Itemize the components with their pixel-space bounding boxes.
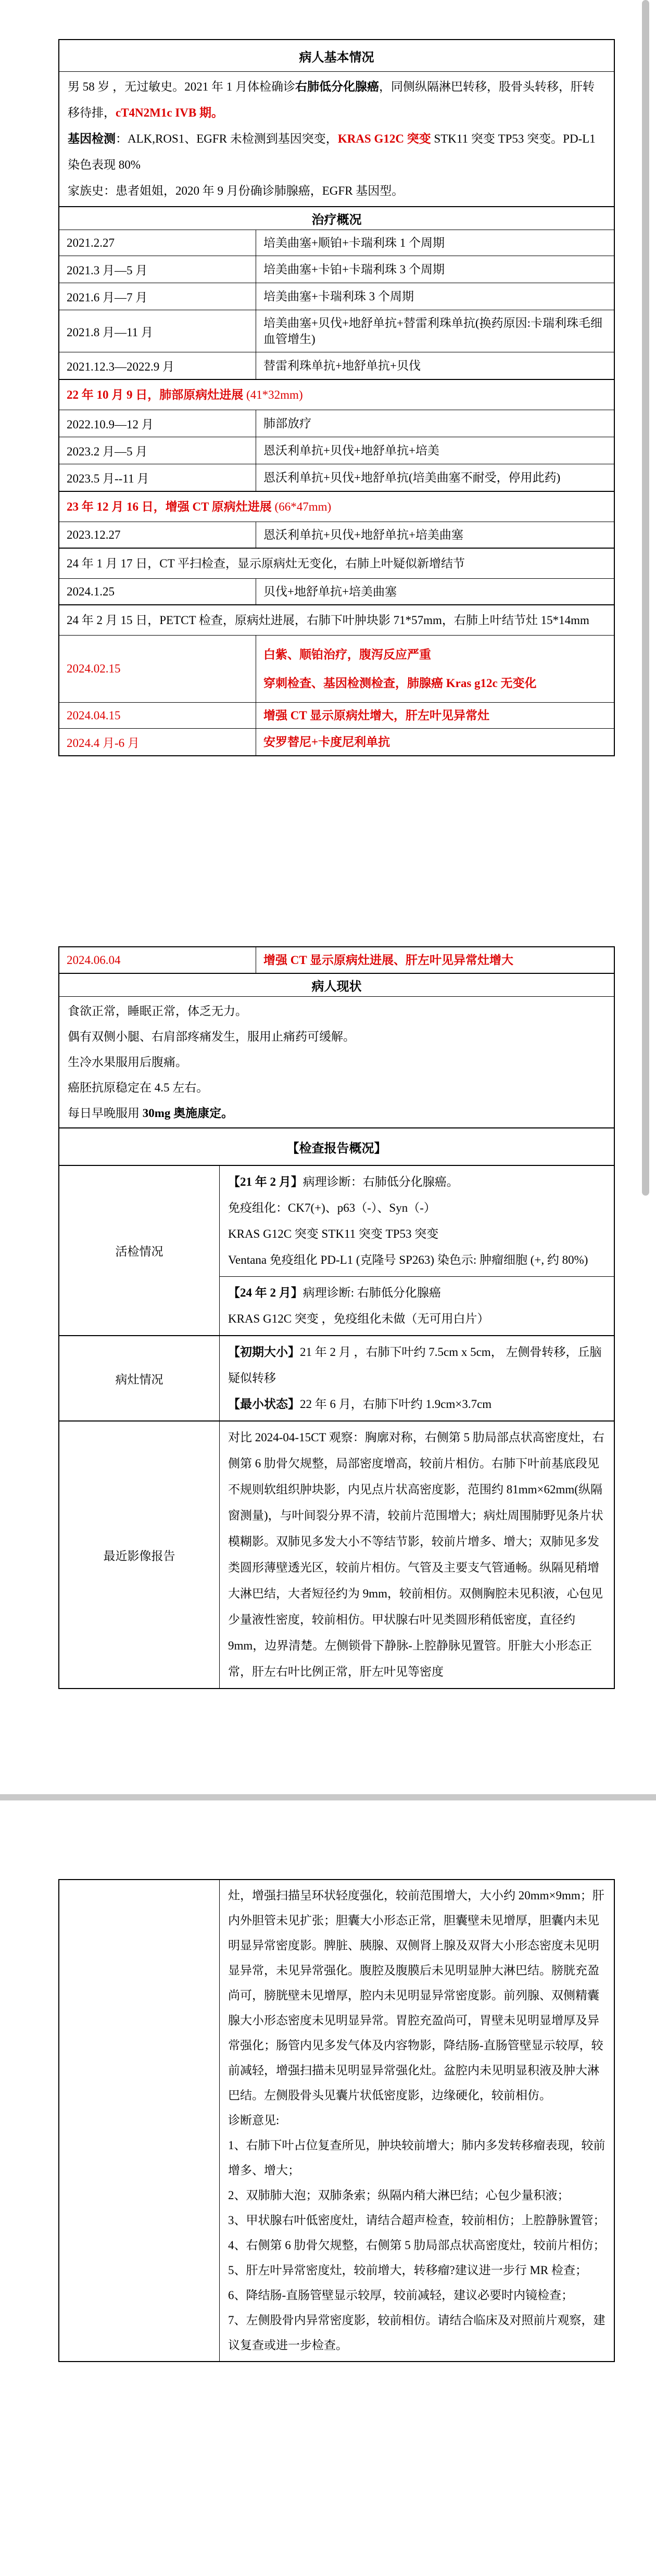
- date-cell: 2023.5 月--11 月: [59, 464, 256, 491]
- report-continuation-table: 灶，增强扫描呈环状轻度强化，较前范围增大，大小约 20mm×9mm；肝内外胆管未…: [58, 1879, 615, 2362]
- text-segment: 恩沃利单抗+贝伐+地舒单抗(培美曲塞不耐受，停用此药): [263, 471, 560, 484]
- paragraph: 生冷水果服用后腹痛。: [68, 1049, 605, 1075]
- treatment-cell: 恩沃利单抗+贝伐+地舒单抗+培美: [256, 437, 614, 464]
- treatment-cell: 肺部放疗: [256, 410, 614, 437]
- date-cell: 2021.2.27: [59, 230, 256, 256]
- text-segment: 安罗替尼+卡度尼利单抗: [263, 735, 390, 748]
- report-sub-cell: 【24 年 2 月】病理诊断: 右肺低分化腺癌KRAS G12C 突变 ，免疫组…: [220, 1276, 614, 1335]
- paragraph: 4、右侧第 6 肋骨欠规整，右侧第 5 肋局部点状高密度灶，较前片相仿；: [228, 2233, 605, 2258]
- imaging-report-continuation-cell: 灶，增强扫描呈环状轻度强化，较前范围增大，大小约 20mm×9mm；肝内外胆管未…: [220, 1880, 614, 2361]
- text-segment: 2、双肺肺大泡；双肺条索；纵隔内稍大淋巴结；心包少量积液；: [228, 2189, 570, 2202]
- text-segment: 增强 CT 显示原病灶增大，肝左叶见异常灶: [263, 709, 489, 722]
- date-cell: 2021.12.3—2022.9 月: [59, 352, 256, 379]
- text-segment: 24 年 2 月 15 日，PETCT 检查，原病灶进展，右肺下叶肿块影 71*…: [67, 614, 589, 627]
- treatment-row: 2022.10.9—12 月肺部放疗: [59, 410, 614, 437]
- text-segment: 每日早晚服用: [68, 1107, 143, 1120]
- text-segment: 增强 CT 显示原病灶进展、肝左叶见异常灶增大: [263, 954, 513, 967]
- paragraph: 穿刺检查、基因检测检查，肺腺癌 Kras g12c 无变化: [263, 675, 607, 691]
- report-rows: 活检情况【21 年 2 月】病理诊断：右肺低分化腺癌。免疫组化：CK7(+)、p…: [59, 1165, 614, 1688]
- text-segment: 培美曲塞+贝伐+地舒单抗+替雷利珠单抗(换药原因:卡瑞利珠毛细血管增生): [263, 316, 602, 346]
- text-segment: 灶，增强扫描呈环状轻度强化，较前范围增大，大小约 20mm×9mm；肝内外胆管未…: [228, 1889, 604, 2102]
- text-segment: 3、甲状腺右叶低密度灶，请结合超声检查，较前相仿；上腔静脉置管；: [228, 2214, 605, 2227]
- report-row-label: 最近影像报告: [59, 1422, 220, 1688]
- text-segment: ：ALK,ROS1、EGFR 未检测到基因突变，: [116, 132, 338, 145]
- treatment-cell: 培美曲塞+贝伐+地舒单抗+替雷利珠单抗(换药原因:卡瑞利珠毛细血管增生): [256, 310, 614, 352]
- paragraph: 恩沃利单抗+贝伐+地舒单抗+培美曲塞: [263, 527, 607, 543]
- treatment-row: 2021.12.3—2022.9 月替雷利珠单抗+地舒单抗+贝伐: [59, 352, 614, 379]
- patient-status-cell: 食欲正常，睡眠正常，体乏无力。偶有双侧小腿、右肩部疼痛发生，服用止痛药可缓解。生…: [59, 996, 614, 1127]
- scrollbar-thumb[interactable]: [642, 0, 649, 1196]
- patient-summary-cell: 男 58 岁 ，无过敏史。2021 年 1 月体检确诊右肺低分化腺癌，同侧纵隔淋…: [59, 71, 614, 206]
- text-segment: 免疫组化：CK7(+)、p63（-）、Syn（-）: [228, 1201, 436, 1214]
- date-cell: 2024.02.15: [59, 636, 256, 702]
- text-segment: 癌胚抗原稳定在 4.5 左右。: [68, 1081, 208, 1094]
- date-cell: 2024.4 月-6 月: [59, 729, 256, 755]
- treatment-cell: 增强 CT 显示原病灶增大，肝左叶见异常灶: [256, 703, 614, 728]
- report-table: 2024.06.04增强 CT 显示原病灶进展、肝左叶见异常灶增大 病人现状 食…: [58, 946, 615, 1689]
- text-segment: 【21 年 2 月】: [228, 1175, 303, 1188]
- report-sub-cell: 【初期大小】21 年 2 月 ，右肺下叶约 7.5cm x 5cm， 左侧骨转移…: [220, 1336, 614, 1420]
- text-segment: 对比 2024-04-15CT 观察：胸廓对称，右侧第 5 肋局部点状高密度灶，…: [228, 1431, 604, 1678]
- paragraph: 24 年 1 月 17 日，CT 平扫检查，显示原病灶无变化，右肺上叶疑似新增结…: [67, 551, 607, 576]
- text-segment: 偶有双侧小腿、右肩部疼痛发生，服用止痛药可缓解。: [68, 1030, 355, 1043]
- treatment-cell: 增强 CT 显示原病灶进展、肝左叶见异常灶增大: [256, 947, 614, 973]
- treatment-rows: 2021.2.27培美曲塞+顺铂+卡瑞利珠 1 个周期2021.3 月—5 月培…: [59, 230, 614, 755]
- date-cell: 2021.3 月—5 月: [59, 256, 256, 283]
- paragraph: 男 58 岁 ，无过敏史。2021 年 1 月体检确诊右肺低分化腺癌，同侧纵隔淋…: [68, 74, 605, 126]
- paragraph: 【21 年 2 月】病理诊断：右肺低分化腺癌。: [228, 1169, 605, 1195]
- treatment-row: 2023.2 月—5 月恩沃利单抗+贝伐+地舒单抗+培美: [59, 437, 614, 464]
- text-segment: 【24 年 2 月】: [228, 1286, 303, 1299]
- date-cell: 2024.04.15: [59, 703, 256, 728]
- treatment-row: 2021.3 月—5 月培美曲塞+卡铂+卡瑞利珠 3 个周期: [59, 256, 614, 283]
- date-cell: 2023.2 月—5 月: [59, 437, 256, 464]
- text-segment: (41*32mm): [243, 388, 302, 401]
- treatment-section-title: 治疗概况: [59, 206, 614, 230]
- text-segment: 恩沃利单抗+贝伐+地舒单抗+培美曲塞: [263, 528, 463, 541]
- latest-progress-rows: 2024.06.04增强 CT 显示原病灶进展、肝左叶见异常灶增大: [59, 947, 614, 973]
- text-segment: 诊断意见:: [228, 2114, 279, 2127]
- report-row: 最近影像报告对比 2024-04-15CT 观察：胸廓对称，右侧第 5 肋局部点…: [59, 1420, 614, 1688]
- treatment-cell: 替雷利珠单抗+地舒单抗+贝伐: [256, 352, 614, 379]
- report-row: 活检情况【21 年 2 月】病理诊断：右肺低分化腺癌。免疫组化：CK7(+)、p…: [59, 1165, 614, 1335]
- report-continuation-row: 灶，增强扫描呈环状轻度强化，较前范围增大，大小约 20mm×9mm；肝内外胆管未…: [59, 1880, 614, 2361]
- text-segment: 家族史：患者姐姐，2020 年 9 月份确诊肺腺癌，EGFR 基因型。: [68, 184, 403, 197]
- date-cell: 2022.10.9—12 月: [59, 410, 256, 437]
- paragraph: 食欲正常，睡眠正常，体乏无力。: [68, 998, 605, 1024]
- treatment-cell: 白紫、顺铂治疗，腹泻反应严重穿刺检查、基因检测检查，肺腺癌 Kras g12c …: [256, 636, 614, 702]
- paragraph: 1、右肺下叶占位复查所见，肿块较前增大；肺内多发转移瘤表现，较前增多、增大；: [228, 2133, 605, 2183]
- report-row-cells: 【初期大小】21 年 2 月 ，右肺下叶约 7.5cm x 5cm， 左侧骨转移…: [220, 1336, 614, 1420]
- text-segment: 恩沃利单抗+贝伐+地舒单抗+培美: [263, 444, 439, 457]
- treatment-cell: 培美曲塞+卡瑞利珠 3 个周期: [256, 283, 614, 310]
- paragraph: 替雷利珠单抗+地舒单抗+贝伐: [263, 358, 607, 374]
- text-segment: 7、左侧股骨内异常密度影，较前相仿。请结合临床及对照前片观察，建议复查或进一步检…: [228, 2314, 605, 2352]
- date-cell: 2021.6 月—7 月: [59, 283, 256, 310]
- paragraph: 基因检测：ALK,ROS1、EGFR 未检测到基因突变，KRAS G12C 突变…: [68, 126, 605, 178]
- text-segment: 【初期大小】: [228, 1346, 300, 1359]
- report-row-cells: 对比 2024-04-15CT 观察：胸廓对称，右侧第 5 肋局部点状高密度灶，…: [220, 1422, 614, 1688]
- note-row: 24 年 1 月 17 日，CT 平扫检查，显示原病灶无变化，右肺上叶疑似新增结…: [59, 548, 614, 578]
- treatment-row: 2024.06.04增强 CT 显示原病灶进展、肝左叶见异常灶增大: [59, 947, 614, 973]
- paragraph: 贝伐+地舒单抗+培美曲塞: [263, 583, 607, 600]
- text-segment: cT4N2M1c IVB 期。: [116, 106, 223, 119]
- date-cell: 2024.06.04: [59, 947, 256, 973]
- text-segment: (66*47mm): [272, 500, 331, 513]
- text-segment: 23 年 12 月 16 日，增强 CT 原病灶进展: [67, 500, 272, 513]
- patient-status-title: 病人现状: [59, 973, 614, 996]
- report-overview-title: 【检查报告概况】: [59, 1127, 614, 1165]
- date-cell: 2021.8 月—11 月: [59, 310, 256, 352]
- paragraph: 2、双肺肺大泡；双肺条索；纵隔内稍大淋巴结；心包少量积液；: [228, 2183, 605, 2208]
- paragraph: 培美曲塞+贝伐+地舒单抗+替雷利珠单抗(换药原因:卡瑞利珠毛细血管增生): [263, 315, 607, 347]
- text-segment: 4、右侧第 6 肋骨欠规整，右侧第 5 肋局部点状高密度灶，较前片相仿；: [228, 2239, 605, 2252]
- table-title: 病人基本情况: [59, 40, 614, 71]
- text-segment: Ventana 免疫组化 PD-L1 (克隆号 SP263) 染色示: 肿瘤细胞…: [228, 1253, 588, 1266]
- paragraph: 【最小状态】22 年 6 月，右肺下叶约 1.9cm×3.7cm: [228, 1391, 605, 1417]
- paragraph: 7、左侧股骨内异常密度影，较前相仿。请结合临床及对照前片观察，建议复查或进一步检…: [228, 2308, 605, 2358]
- paragraph: 对比 2024-04-15CT 观察：胸廓对称，右侧第 5 肋局部点状高密度灶，…: [228, 1425, 605, 1685]
- paragraph: 肺部放疗: [263, 415, 607, 432]
- text-segment: KRAS G12C 突变 STK11 突变 TP53 突变: [228, 1227, 438, 1240]
- empty-label-cell: [59, 1880, 220, 2361]
- text-segment: 穿刺检查、基因检测检查，肺腺癌 Kras g12c 无变化: [263, 677, 537, 690]
- paragraph: 22 年 10 月 9 日，肺部原病灶进展 (41*32mm): [67, 382, 607, 408]
- text-segment: 基因检测: [68, 132, 116, 145]
- text-segment: 6、降结肠-直肠管壁显示较厚，较前减轻，建议必要时内镜检查；: [228, 2289, 573, 2302]
- paragraph: KRAS G12C 突变 STK11 突变 TP53 突变: [228, 1221, 605, 1247]
- paragraph: 23 年 12 月 16 日，增强 CT 原病灶进展 (66*47mm): [67, 494, 607, 519]
- text-segment: 贝伐+地舒单抗+培美曲塞: [263, 585, 397, 598]
- treatment-row: 2021.8 月—11 月培美曲塞+贝伐+地舒单抗+替雷利珠单抗(换药原因:卡瑞…: [59, 310, 614, 352]
- text-segment: 病理诊断：右肺低分化腺癌。: [303, 1175, 459, 1188]
- paragraph: 灶，增强扫描呈环状轻度强化，较前范围增大，大小约 20mm×9mm；肝内外胆管未…: [228, 1883, 605, 2108]
- paragraph: 白紫、顺铂治疗，腹泻反应严重: [263, 646, 607, 663]
- report-row-label: 病灶情况: [59, 1336, 220, 1420]
- treatment-cell: 培美曲塞+卡铂+卡瑞利珠 3 个周期: [256, 256, 614, 283]
- paragraph: KRAS G12C 突变 ，免疫组化未做（无可用白片）: [228, 1306, 605, 1332]
- page-separator-bar: [0, 1794, 656, 1800]
- paragraph: 24 年 2 月 15 日，PETCT 检查，原病灶进展，右肺下叶肿块影 71*…: [67, 607, 607, 633]
- paragraph: 增强 CT 显示原病灶增大，肝左叶见异常灶: [263, 707, 607, 724]
- treatment-cell: 贝伐+地舒单抗+培美曲塞: [256, 579, 614, 604]
- paragraph: 培美曲塞+卡瑞利珠 3 个周期: [263, 288, 607, 304]
- note-row: 23 年 12 月 16 日，增强 CT 原病灶进展 (66*47mm): [59, 491, 614, 522]
- text-segment: 1、右肺下叶占位复查所见，肿块较前增大；肺内多发转移瘤表现，较前增多、增大；: [228, 2139, 605, 2177]
- treatment-row: 2021.2.27培美曲塞+顺铂+卡瑞利珠 1 个周期: [59, 230, 614, 256]
- note-row: 24 年 2 月 15 日，PETCT 检查，原病灶进展，右肺下叶肿块影 71*…: [59, 604, 614, 635]
- treatment-cell: 恩沃利单抗+贝伐+地舒单抗(培美曲塞不耐受，停用此药): [256, 464, 614, 491]
- paragraph: 6、降结肠-直肠管壁显示较厚，较前减轻，建议必要时内镜检查；: [228, 2283, 605, 2308]
- treatment-cell: 安罗替尼+卡度尼利单抗: [256, 729, 614, 755]
- treatment-row: 2024.1.25贝伐+地舒单抗+培美曲塞: [59, 578, 614, 604]
- text-segment: 生冷水果服用后腹痛。: [68, 1056, 187, 1069]
- treatment-cell: 培美曲塞+顺铂+卡瑞利珠 1 个周期: [256, 230, 614, 256]
- text-segment: 30mg 奥施康定。: [143, 1107, 233, 1120]
- note-row: 22 年 10 月 9 日，肺部原病灶进展 (41*32mm): [59, 379, 614, 410]
- text-segment: 培美曲塞+卡铂+卡瑞利珠 3 个周期: [263, 263, 445, 276]
- text-segment: KRAS G12C 突变: [338, 132, 431, 145]
- report-sub-cell: 【21 年 2 月】病理诊断：右肺低分化腺癌。免疫组化：CK7(+)、p63（-…: [220, 1166, 614, 1276]
- paragraph: 每日早晚服用 30mg 奥施康定。: [68, 1100, 605, 1126]
- paragraph: 恩沃利单抗+贝伐+地舒单抗+培美: [263, 442, 607, 459]
- treatment-row: 2023.5 月--11 月恩沃利单抗+贝伐+地舒单抗(培美曲塞不耐受，停用此药…: [59, 464, 614, 491]
- date-cell: 2024.1.25: [59, 579, 256, 604]
- text-segment: 男 58 岁 ，无过敏史。2021 年 1 月体检确诊: [68, 80, 295, 93]
- paragraph: 培美曲塞+卡铂+卡瑞利珠 3 个周期: [263, 261, 607, 277]
- report-continuation-cells: 灶，增强扫描呈环状轻度强化，较前范围增大，大小约 20mm×9mm；肝内外胆管未…: [220, 1880, 614, 2361]
- paragraph: 3、甲状腺右叶低密度灶，请结合超声检查，较前相仿；上腔静脉置管；: [228, 2208, 605, 2233]
- text-segment: 22 年 6 月，右肺下叶约 1.9cm×3.7cm: [300, 1398, 491, 1411]
- text-segment: 白紫、顺铂治疗，腹泻反应严重: [263, 648, 431, 661]
- paragraph: 安罗替尼+卡度尼利单抗: [263, 734, 607, 750]
- text-segment: 培美曲塞+顺铂+卡瑞利珠 1 个周期: [263, 236, 445, 249]
- treatment-cell: 恩沃利单抗+贝伐+地舒单抗+培美曲塞: [256, 522, 614, 548]
- report-row-cells: 【21 年 2 月】病理诊断：右肺低分化腺癌。免疫组化：CK7(+)、p63（-…: [220, 1166, 614, 1335]
- treatment-row: 2023.12.27恩沃利单抗+贝伐+地舒单抗+培美曲塞: [59, 522, 614, 548]
- text-segment: 24 年 1 月 17 日，CT 平扫检查，显示原病灶无变化，右肺上叶疑似新增结…: [67, 557, 465, 570]
- report-row-label: 活检情况: [59, 1166, 220, 1335]
- paragraph: 【24 年 2 月】病理诊断: 右肺低分化腺癌: [228, 1280, 605, 1306]
- paragraph: 5、肝左叶异常密度灶，较前增大，转移瘤?建议进一步行 MR 检查；: [228, 2258, 605, 2283]
- patient-basic-info-table: 病人基本情况 男 58 岁 ，无过敏史。2021 年 1 月体检确诊右肺低分化腺…: [58, 39, 615, 756]
- text-segment: 病理诊断: 右肺低分化腺癌: [303, 1286, 441, 1299]
- paragraph: 家族史：患者姐姐，2020 年 9 月份确诊肺腺癌，EGFR 基因型。: [68, 178, 605, 204]
- report-row: 病灶情况【初期大小】21 年 2 月 ，右肺下叶约 7.5cm x 5cm， 左…: [59, 1335, 614, 1420]
- paragraph: 诊断意见:: [228, 2108, 605, 2133]
- paragraph: 增强 CT 显示原病灶进展、肝左叶见异常灶增大: [263, 952, 607, 968]
- text-segment: 替雷利珠单抗+地舒单抗+贝伐: [263, 359, 421, 372]
- paragraph: 恩沃利单抗+贝伐+地舒单抗(培美曲塞不耐受，停用此药): [263, 469, 607, 486]
- text-segment: KRAS G12C 突变 ，免疫组化未做（无可用白片）: [228, 1312, 489, 1325]
- treatment-row: 2024.02.15白紫、顺铂治疗，腹泻反应严重穿刺检查、基因检测检查，肺腺癌 …: [59, 635, 614, 702]
- paragraph: 偶有双侧小腿、右肩部疼痛发生，服用止痛药可缓解。: [68, 1024, 605, 1049]
- paragraph: 癌胚抗原稳定在 4.5 左右。: [68, 1075, 605, 1100]
- text-segment: 食欲正常，睡眠正常，体乏无力。: [68, 1005, 247, 1018]
- paragraph: 【初期大小】21 年 2 月 ，右肺下叶约 7.5cm x 5cm， 左侧骨转移…: [228, 1339, 605, 1391]
- paragraph: 培美曲塞+顺铂+卡瑞利珠 1 个周期: [263, 235, 607, 251]
- paragraph: Ventana 免疫组化 PD-L1 (克隆号 SP263) 染色示: 肿瘤细胞…: [228, 1247, 605, 1273]
- treatment-row: 2024.04.15增强 CT 显示原病灶增大，肝左叶见异常灶: [59, 702, 614, 728]
- text-segment: 右肺低分化腺癌: [295, 80, 379, 93]
- text-segment: 【最小状态】: [228, 1398, 300, 1411]
- text-segment: 肺部放疗: [263, 417, 311, 430]
- treatment-row: 2024.4 月-6 月安罗替尼+卡度尼利单抗: [59, 728, 614, 755]
- paragraph: 免疫组化：CK7(+)、p63（-）、Syn（-）: [228, 1195, 605, 1221]
- report-sub-cell: 对比 2024-04-15CT 观察：胸廓对称，右侧第 5 肋局部点状高密度灶，…: [220, 1422, 614, 1688]
- text-segment: 22 年 10 月 9 日，肺部原病灶进展: [67, 388, 243, 401]
- date-cell: 2023.12.27: [59, 522, 256, 548]
- treatment-row: 2021.6 月—7 月培美曲塞+卡瑞利珠 3 个周期: [59, 283, 614, 310]
- text-segment: 5、肝左叶异常密度灶，较前增大，转移瘤?建议进一步行 MR 检查；: [228, 2264, 587, 2277]
- text-segment: 培美曲塞+卡瑞利珠 3 个周期: [263, 290, 414, 303]
